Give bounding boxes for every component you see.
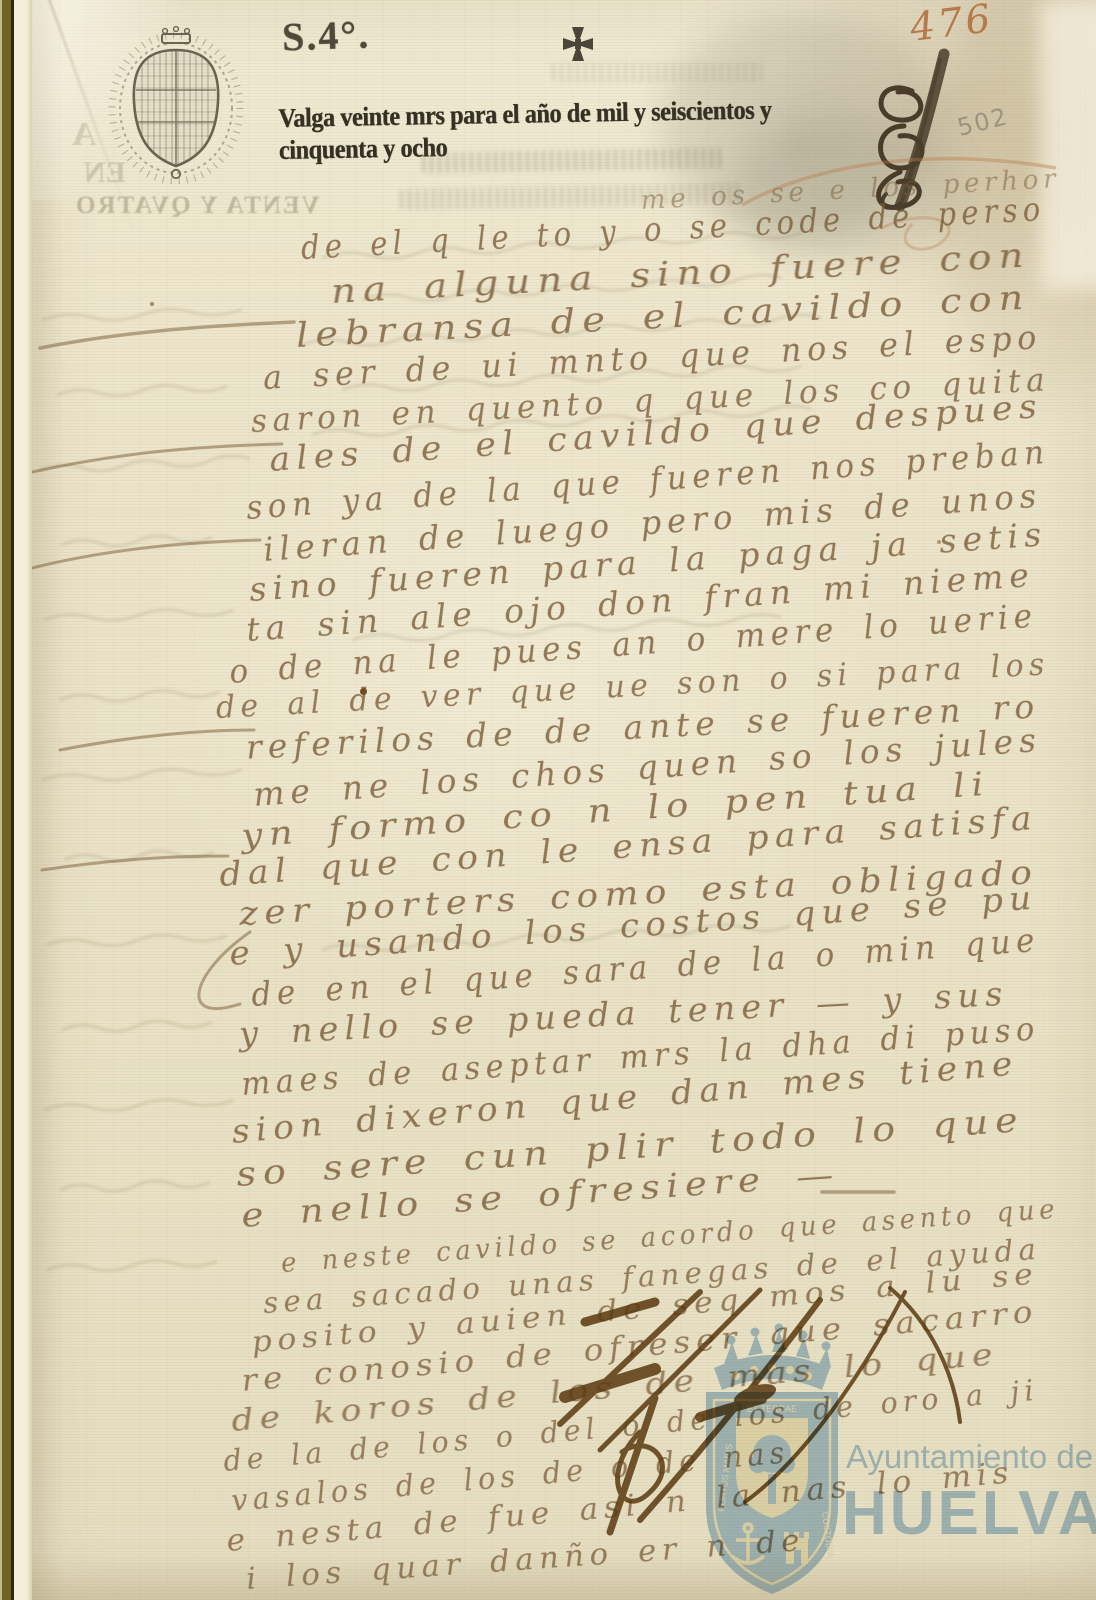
book-binding-edge [0, 0, 14, 1600]
document-scan: S.4°. 476 502 [0, 0, 1096, 1600]
watermark-org-line1: Ayuntamiento de [846, 1438, 1093, 1475]
watermark-org-line2: HUELVA [842, 1479, 1096, 1548]
watermark-motto-top: ET TERRAE [747, 1404, 797, 1414]
foxing-speck [150, 302, 154, 306]
foxing-speck [360, 688, 367, 695]
underlying-page-edge [14, 0, 32, 1600]
foxing-speck [937, 540, 941, 544]
manuscript-paper: S.4°. 476 502 [32, 0, 1096, 1600]
bottom-shadow [32, 1554, 1096, 1600]
